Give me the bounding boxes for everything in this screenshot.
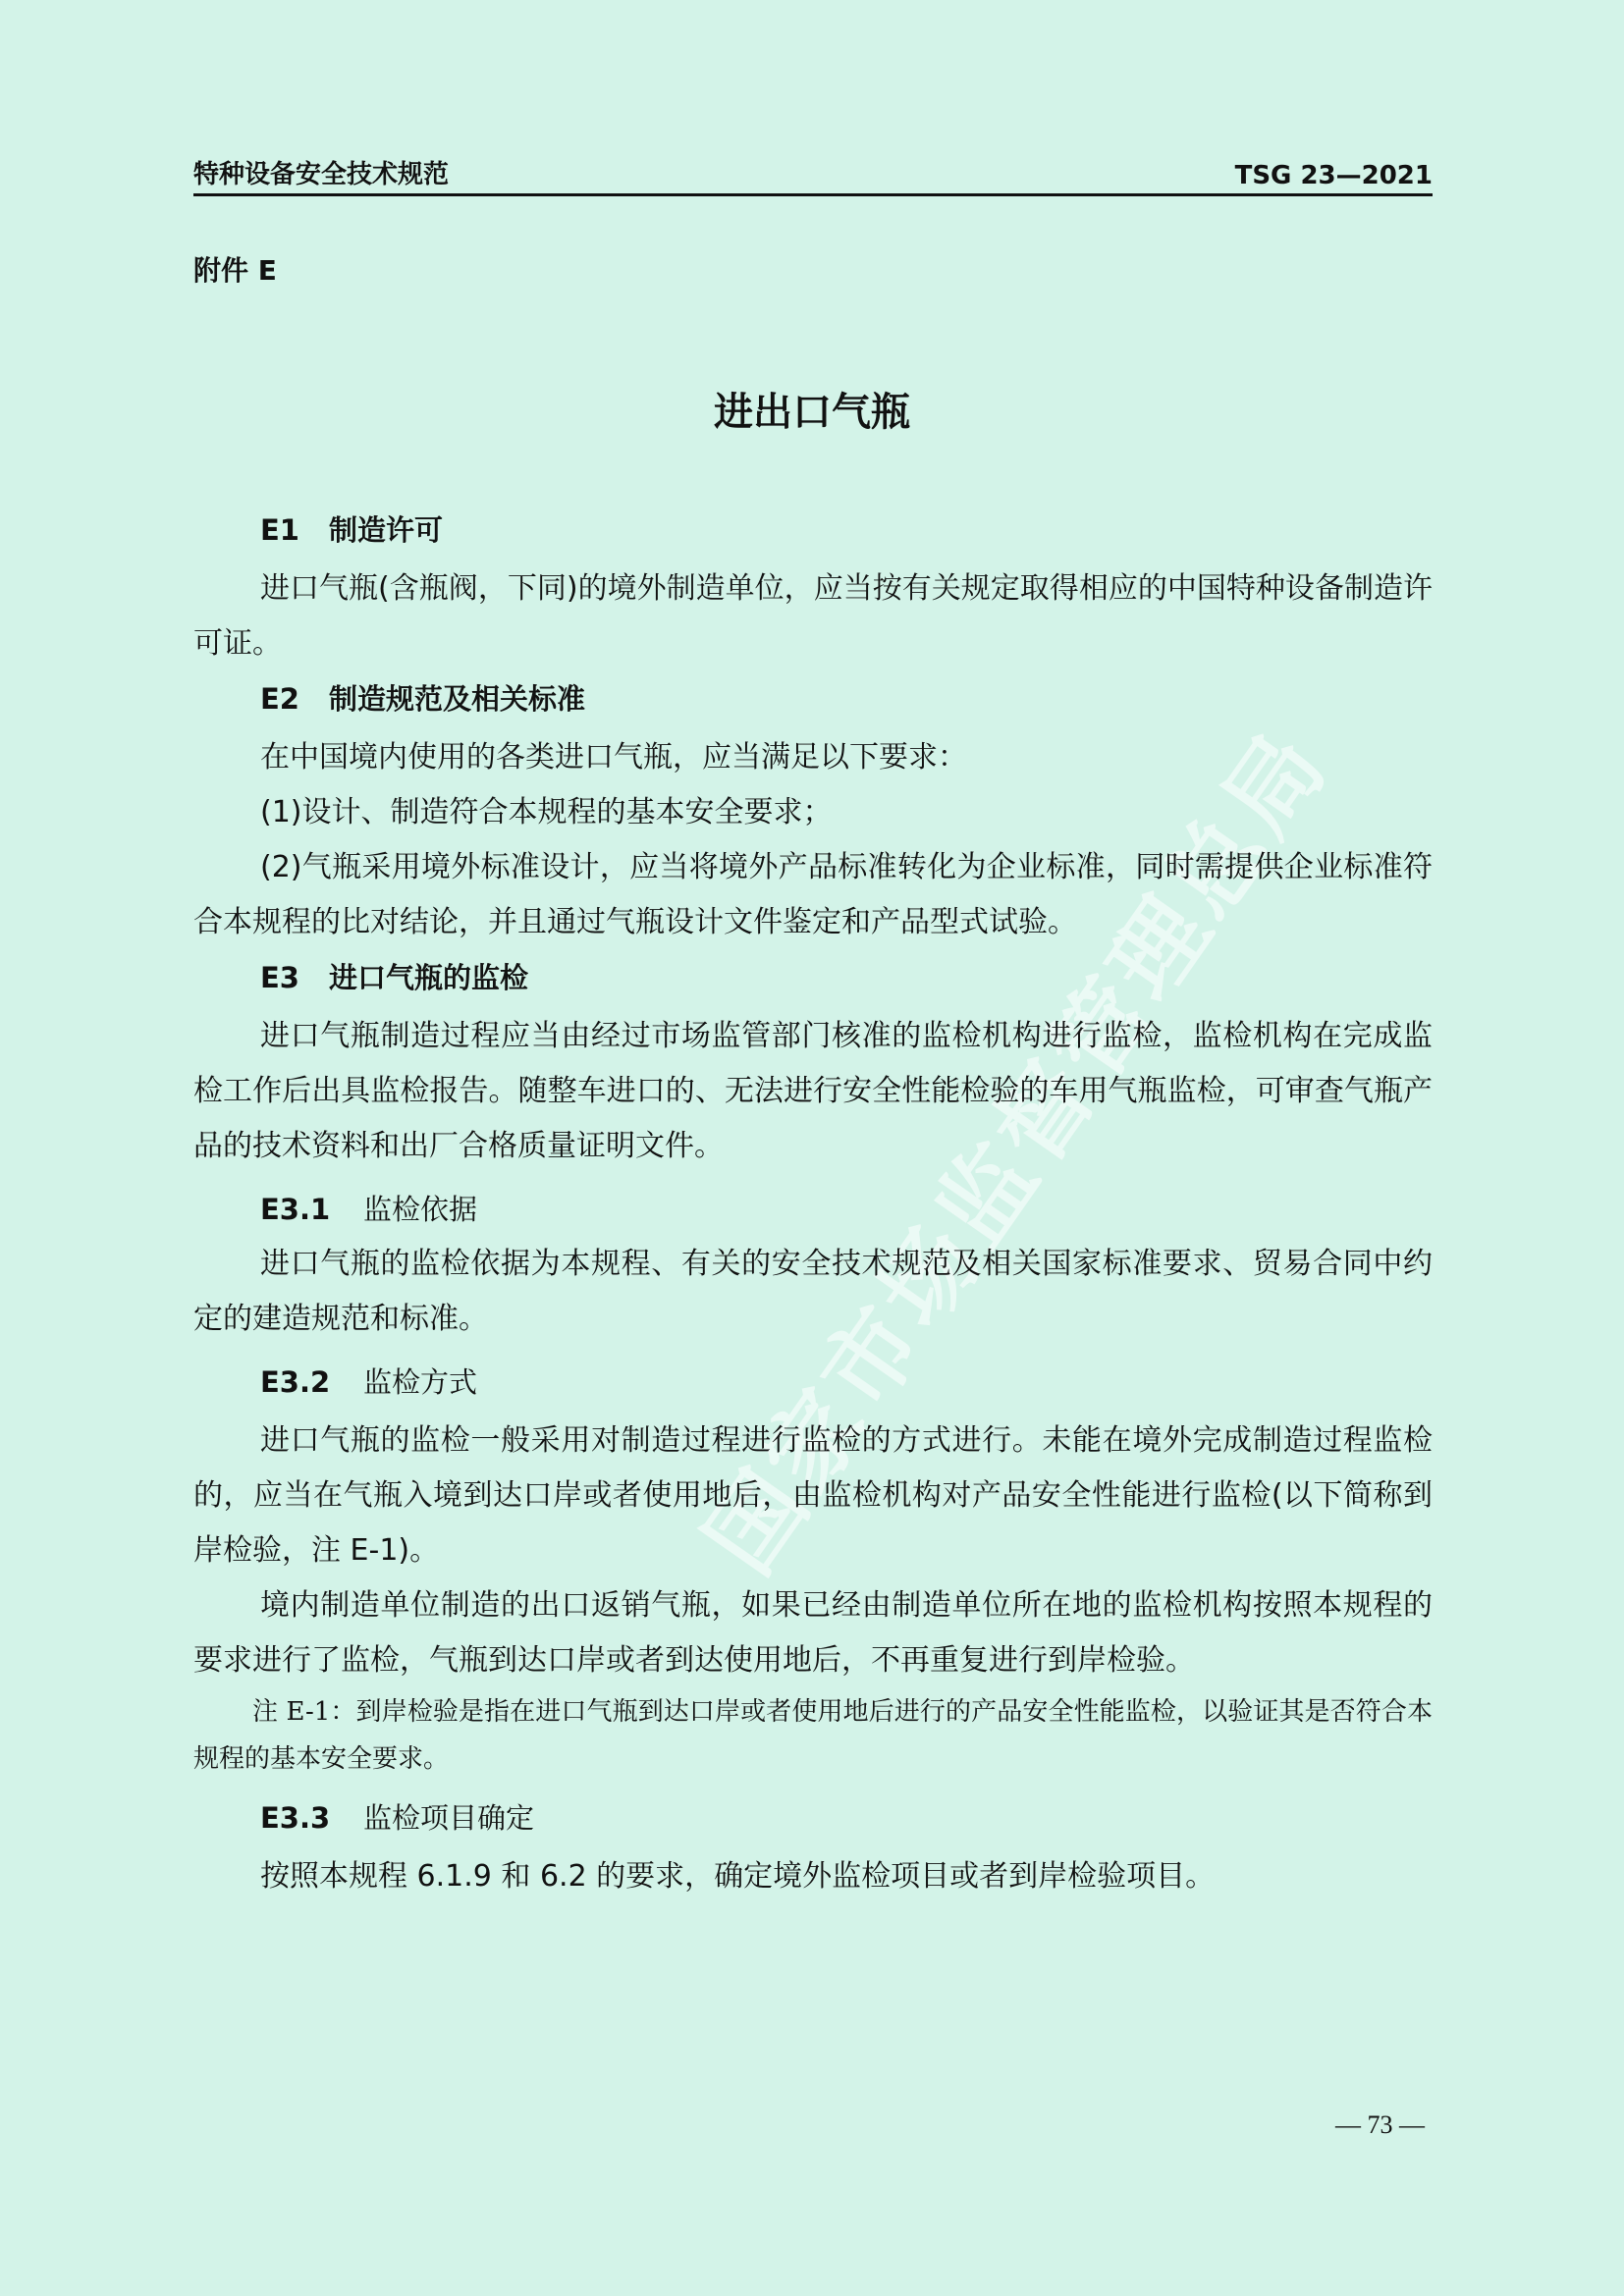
section-number: E2	[260, 671, 329, 726]
page-title: 进出口气瓶	[0, 381, 1624, 437]
paragraph: 进口气瓶(含瓶阀，下同)的境外制造单位，应当按有关规定取得相应的中国特种设备制造…	[193, 561, 1433, 671]
document-body: E1制造许可 进口气瓶(含瓶阀，下同)的境外制造单位，应当按有关规定取得相应的中…	[193, 503, 1433, 1904]
header-standard-code: TSG 23—2021	[1235, 161, 1433, 190]
paragraph: 进口气瓶的监检一般采用对制造过程进行监检的方式进行。未能在境外完成制造过程监检的…	[193, 1414, 1433, 1578]
paragraph: 按照本规程 6.1.9 和 6.2 的要求，确定境外监检项目或者到岸检验项目。	[193, 1849, 1433, 1904]
section-heading-e3: E3进口气瓶的监检	[193, 950, 1433, 1005]
footnote-e-1: 注 E-1：到岸检验是指在进口气瓶到达口岸或者使用地后进行的产品安全性能监检，以…	[193, 1688, 1433, 1783]
header-series-title: 特种设备安全技术规范	[193, 154, 449, 190]
running-header: 特种设备安全技术规范 TSG 23—2021	[193, 155, 1433, 190]
paragraph: 进口气瓶的监检依据为本规程、有关的安全技术规范及相关国家标准要求、贸易合同中约定…	[193, 1237, 1433, 1347]
section-number: E3.1	[260, 1182, 363, 1237]
section-title: 制造规范及相关标准	[329, 682, 585, 716]
section-heading-e1: E1制造许可	[193, 503, 1433, 558]
page-number: — 73 —	[1335, 2110, 1425, 2140]
list-item: (1)设计、制造符合本规程的基本安全要求；	[193, 785, 1433, 840]
section-heading-e2: E2制造规范及相关标准	[193, 671, 1433, 726]
section-title: 监检项目确定	[363, 1801, 534, 1835]
section-title: 进口气瓶的监检	[329, 961, 528, 994]
section-heading-e3-3: E3.3监检项目确定	[193, 1790, 1433, 1845]
paragraph: 境内制造单位制造的出口返销气瓶，如果已经由制造单位所在地的监检机构按照本规程的要…	[193, 1578, 1433, 1688]
list-item: (2)气瓶采用境外标准设计，应当将境外产品标准转化为企业标准，同时需提供企业标准…	[193, 840, 1433, 950]
section-title: 监检方式	[363, 1365, 477, 1399]
section-heading-e3-1: E3.1监检依据	[193, 1182, 1433, 1237]
section-number: E3	[260, 950, 329, 1005]
section-title: 制造许可	[329, 513, 443, 547]
paragraph: 进口气瓶制造过程应当由经过市场监管部门核准的监检机构进行监检，监检机构在完成监检…	[193, 1009, 1433, 1174]
appendix-label: 附件 E	[193, 249, 277, 289]
section-heading-e3-2: E3.2监检方式	[193, 1355, 1433, 1410]
section-number: E1	[260, 503, 329, 558]
paragraph: 在中国境内使用的各类进口气瓶，应当满足以下要求：	[193, 730, 1433, 785]
section-number: E3.2	[260, 1355, 363, 1410]
section-title: 监检依据	[363, 1193, 477, 1226]
header-rule	[193, 193, 1433, 196]
section-number: E3.3	[260, 1790, 363, 1845]
